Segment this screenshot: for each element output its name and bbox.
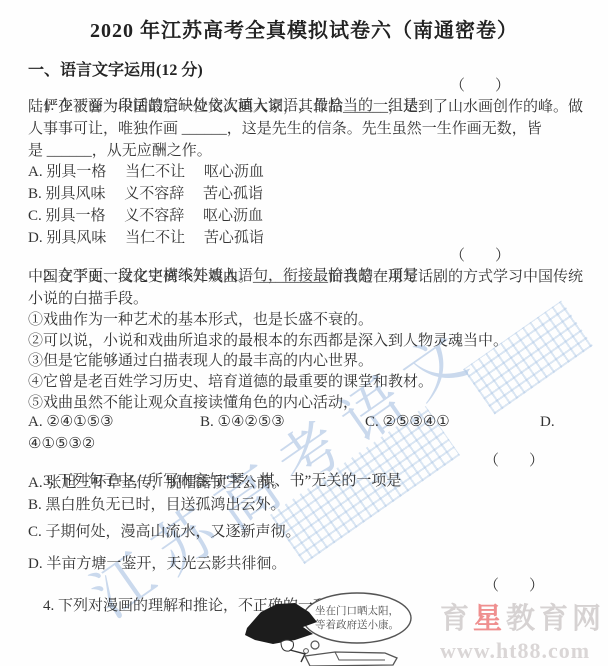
q3-option-a: A. 张旭三杯草圣传，脱帽露顶王公前。 bbox=[28, 473, 602, 493]
q2-sentence-4: ④它曾是老百姓学习历史、培育道德的最重要的课堂和教材。 bbox=[28, 372, 602, 392]
q1-passage-line: 陆俨少被誉为中国最后一位文人画大家，其作品______，达到了山水画创作的峰。做 bbox=[28, 97, 602, 117]
q3-option-d: D. 半亩方塘一鉴开，天光云影共徘徊。 bbox=[28, 554, 602, 574]
q3-answer-bracket: （ ） bbox=[484, 451, 544, 471]
q1-option-a: A. 别具一格 当仁不让 呕心沥血 bbox=[28, 162, 602, 182]
farmer-arm bbox=[290, 650, 305, 662]
speech-bubble bbox=[303, 593, 411, 643]
q1-option-b: B. 别具风味 义不容辞 苦心孤诣 bbox=[28, 184, 602, 204]
bubble-text-line1: 坐在门口晒太阳， bbox=[315, 604, 399, 617]
q2-option-c: C. ②⑤③④① bbox=[365, 412, 450, 432]
q2-sentence-5: ⑤戏曲虽然不能让观众直接读懂角色的内心活动， bbox=[28, 393, 602, 413]
q2-sentence-2: ②可以说，小说和戏曲所追求的最根本的东西都是深入到人物灵魂当中。 bbox=[28, 331, 602, 351]
bubble-text-line2: 等着政府送小康。 bbox=[315, 618, 399, 631]
q3-option-c: C. 子期何处，漫高山流水，又逐新声彻。 bbox=[28, 522, 602, 542]
doorstep-bench bbox=[305, 652, 397, 666]
q2-passage-line: 小说的白描手段。 bbox=[28, 289, 602, 309]
q3-option-b: B. 黑白胜负无已时，目送孤鸿出云外。 bbox=[28, 495, 602, 515]
q2-sentence-3: ③但是它能够通过白描表现人的最丰高的内心世界。 bbox=[28, 351, 602, 371]
q2-passage-line: 中国文学史、文化史离不开戏曲。__________而我是在用写话剧的方式学习中国… bbox=[28, 267, 602, 287]
q1-answer-bracket: （ ） bbox=[450, 76, 510, 96]
q1-option-d: D. 别具风味 当仁不让 苦心孤诣 bbox=[28, 228, 602, 248]
q2-option-d: D. bbox=[540, 412, 555, 432]
q2-option-b: B. ①④②⑤③ bbox=[200, 412, 285, 432]
q2-option-a: A. ②④①⑤③ bbox=[28, 412, 114, 432]
exam-page: 江苏高考语文 2020 年江苏高考全真模拟试卷六（南通密卷） 一、语言文字运用(… bbox=[0, 0, 608, 666]
q1-option-c: C. 别具一格 义不容辞 呕心沥血 bbox=[28, 206, 602, 226]
q4-answer-bracket: （ ） bbox=[484, 576, 544, 596]
q1-passage-line: 人事事可让，唯独作画 ______，这是先生的信条。先生虽然一生作画无数，皆 bbox=[28, 119, 602, 139]
q2-sentence-1: ①戏曲作为一种艺术的基本形式，也是长盛不衰的。 bbox=[28, 310, 602, 330]
q2-answer-bracket: （ ） bbox=[450, 246, 510, 266]
farmer-face bbox=[281, 640, 294, 651]
q4-cartoon-image: 坐在门口晒太阳， 等着政府送小康。 bbox=[235, 590, 425, 666]
q1-passage-line: 是 ______，从无应酬之作。 bbox=[28, 141, 602, 161]
exam-title: 2020 年江苏高考全真模拟试卷六（南通密卷） bbox=[0, 14, 608, 43]
bubble-tail-circle bbox=[311, 641, 319, 649]
bubble-tail-circle bbox=[304, 649, 309, 654]
